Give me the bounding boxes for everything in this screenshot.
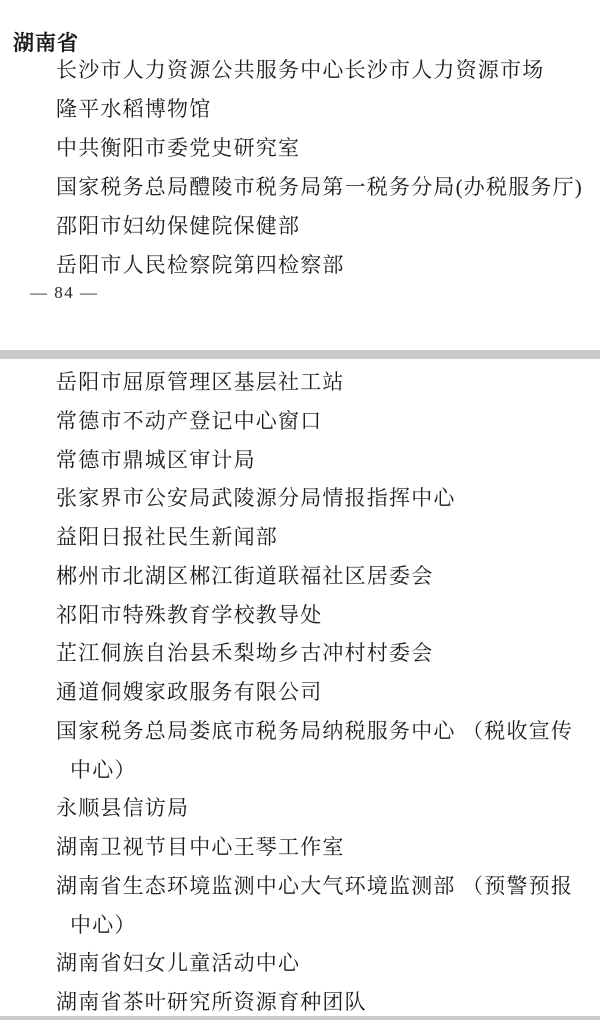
list-item: 通道侗嫂家政服务有限公司 — [0, 673, 600, 712]
list-item: 湖南省妇女儿童活动中心 — [0, 944, 600, 983]
list-item: 张家界市公安局武陵源分局情报指挥中心 — [0, 479, 600, 518]
list-item: 岳阳市屈原管理区基层社工站 — [0, 363, 600, 402]
list-item: 隆平水稻博物馆 — [0, 90, 600, 129]
page-separator-bottom — [0, 1016, 600, 1020]
list-item-continuation: 中心） — [0, 906, 600, 945]
list-item-continuation: 中心） — [0, 751, 600, 790]
list-item: 芷江侗族自治县禾梨坳乡古冲村村委会 — [0, 634, 600, 673]
list-item: 国家税务总局醴陵市税务局第一税务分局(办税服务厅) — [0, 168, 600, 207]
list-item: 邵阳市妇幼保健院保健部 — [0, 207, 600, 246]
list-item: 常德市鼎城区审计局 — [0, 441, 600, 480]
page-number: — 84 — — [30, 283, 99, 303]
list-item: 郴州市北湖区郴江街道联福社区居委会 — [0, 557, 600, 596]
list-item: 中共衡阳市委党史研究室 — [0, 129, 600, 168]
list-item: 常德市不动产登记中心窗口 — [0, 402, 600, 441]
list-item: 国家税务总局娄底市税务局纳税服务中心 （税收宣传 — [0, 712, 600, 751]
list-item: 永顺县信访局 — [0, 789, 600, 828]
list-item: 湖南卫视节目中心王琴工作室 — [0, 828, 600, 867]
list-item: 益阳日报社民生新闻部 — [0, 518, 600, 557]
list-item: 长沙市人力资源公共服务中心长沙市人力资源市场 — [0, 51, 600, 90]
list-item: 湖南省茶叶研究所资源育种团队 — [0, 983, 600, 1020]
page-separator — [0, 350, 600, 359]
org-list-page-1: 长沙市人力资源公共服务中心长沙市人力资源市场 隆平水稻博物馆 中共衡阳市委党史研… — [0, 51, 600, 285]
list-item: 湖南省生态环境监测中心大气环境监测部 （预警预报 — [0, 867, 600, 906]
list-item: 祁阳市特殊教育学校教导处 — [0, 596, 600, 635]
list-item: 岳阳市人民检察院第四检察部 — [0, 246, 600, 285]
org-list-page-2: 岳阳市屈原管理区基层社工站 常德市不动产登记中心窗口 常德市鼎城区审计局 张家界… — [0, 363, 600, 1020]
